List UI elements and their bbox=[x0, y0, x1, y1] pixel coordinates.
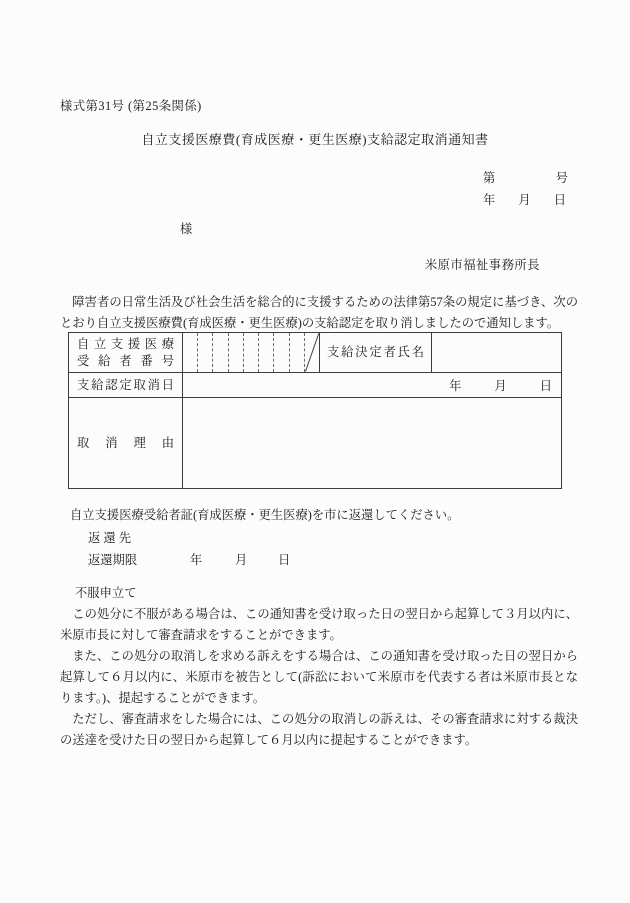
issue-date-year: 年 bbox=[483, 190, 495, 208]
reason-label: 取消理由 bbox=[77, 435, 174, 452]
digit-cell bbox=[273, 333, 288, 372]
issue-date-day: 日 bbox=[554, 190, 566, 208]
return-deadline-row: 返還期限 年 月 日 bbox=[88, 550, 308, 568]
cancellation-date-label: 支給認定取消日 bbox=[77, 377, 174, 394]
sender-title: 米原市福祉事務所長 bbox=[300, 255, 540, 273]
digit-cell bbox=[289, 333, 304, 372]
document-number-prefix: 第 bbox=[483, 168, 495, 186]
return-destination-label: 返 還 先 bbox=[88, 528, 131, 546]
return-deadline-month: 月 bbox=[235, 550, 247, 568]
digit-cell bbox=[258, 333, 273, 372]
decision-holder-value-cell bbox=[431, 333, 561, 372]
digit-cell bbox=[243, 333, 258, 372]
cancellation-date-day: 日 bbox=[540, 376, 552, 394]
appeal-paragraph: ただし、審査請求をした場合には、この処分の取消しの訴えは、その審査請求に対する裁… bbox=[60, 709, 578, 751]
table-row-reason: 取消理由 bbox=[69, 397, 561, 488]
recipient-number-label: 自立支援医療 受給者番号 bbox=[69, 333, 182, 372]
appeal-heading: 不服申立て bbox=[75, 583, 137, 601]
cancellation-date-year: 年 bbox=[449, 376, 461, 394]
decision-holder-label: 支給決定者氏名 bbox=[327, 344, 424, 361]
diagonal-slash-icon bbox=[305, 333, 319, 372]
return-deadline-label: 返還期限 bbox=[88, 550, 137, 568]
recipient-number-grid bbox=[182, 333, 319, 372]
digit-cell bbox=[197, 333, 212, 372]
table-row-cancellation-date: 支給認定取消日 年 月 日 bbox=[69, 372, 561, 397]
digit-cell bbox=[183, 333, 197, 372]
recipient-number-label-line1: 自立支援医療 bbox=[77, 336, 174, 353]
appeal-paragraph: この処分に不服がある場合は、この通知書を受け取った日の翌日から起算して３月以内に… bbox=[60, 604, 578, 646]
addressee-honorific: 様 bbox=[180, 219, 192, 237]
cancellation-date-month: 月 bbox=[494, 376, 506, 394]
digit-cell-slash bbox=[304, 333, 319, 372]
decision-holder-label-cell: 支給決定者氏名 bbox=[319, 333, 431, 372]
cancellation-date-label-cell: 支給認定取消日 bbox=[69, 373, 182, 397]
reason-label-cell: 取消理由 bbox=[69, 398, 182, 488]
intro-paragraph: 障害者の日常生活及び社会生活を総合的に支援するための法律第57条の規定に基づき、… bbox=[60, 292, 578, 334]
digit-cell bbox=[228, 333, 243, 372]
appeal-paragraph: また、この処分の取消しを求める訴えをする場合は、この通知書を受け取った日の翌日か… bbox=[60, 646, 578, 709]
issue-date-month: 月 bbox=[518, 190, 530, 208]
return-deadline-day: 日 bbox=[278, 550, 290, 568]
return-deadline-year: 年 bbox=[190, 550, 202, 568]
document-number-line: 第 号 bbox=[483, 168, 568, 186]
reason-value-cell bbox=[182, 398, 561, 488]
issue-date-line: 年 月 日 bbox=[483, 190, 566, 208]
digit-cell bbox=[212, 333, 227, 372]
appeal-body: この処分に不服がある場合は、この通知書を受け取った日の翌日から起算して３月以内に… bbox=[60, 604, 578, 751]
document-page: 様式第31号 (第25条関係) 自立支援医療費(育成医療・更生医療)支給認定取消… bbox=[0, 0, 630, 903]
recipient-number-label-line2: 受給者番号 bbox=[77, 353, 174, 370]
document-title: 自立支援医療費(育成医療・更生医療)支給認定取消通知書 bbox=[0, 129, 630, 148]
form-number: 様式第31号 (第25条関係) bbox=[60, 96, 202, 114]
table-row-recipient-number: 自立支援医療 受給者番号 支給決定者氏名 bbox=[69, 333, 561, 372]
cancellation-date-value-cell: 年 月 日 bbox=[182, 373, 561, 397]
return-instruction: 自立支援医療受給者証(育成医療・更生医療)を市に返還してください。 bbox=[70, 505, 459, 523]
document-number-suffix: 号 bbox=[556, 168, 568, 186]
recipient-table: 自立支援医療 受給者番号 支給決定者氏名 bbox=[68, 332, 562, 489]
